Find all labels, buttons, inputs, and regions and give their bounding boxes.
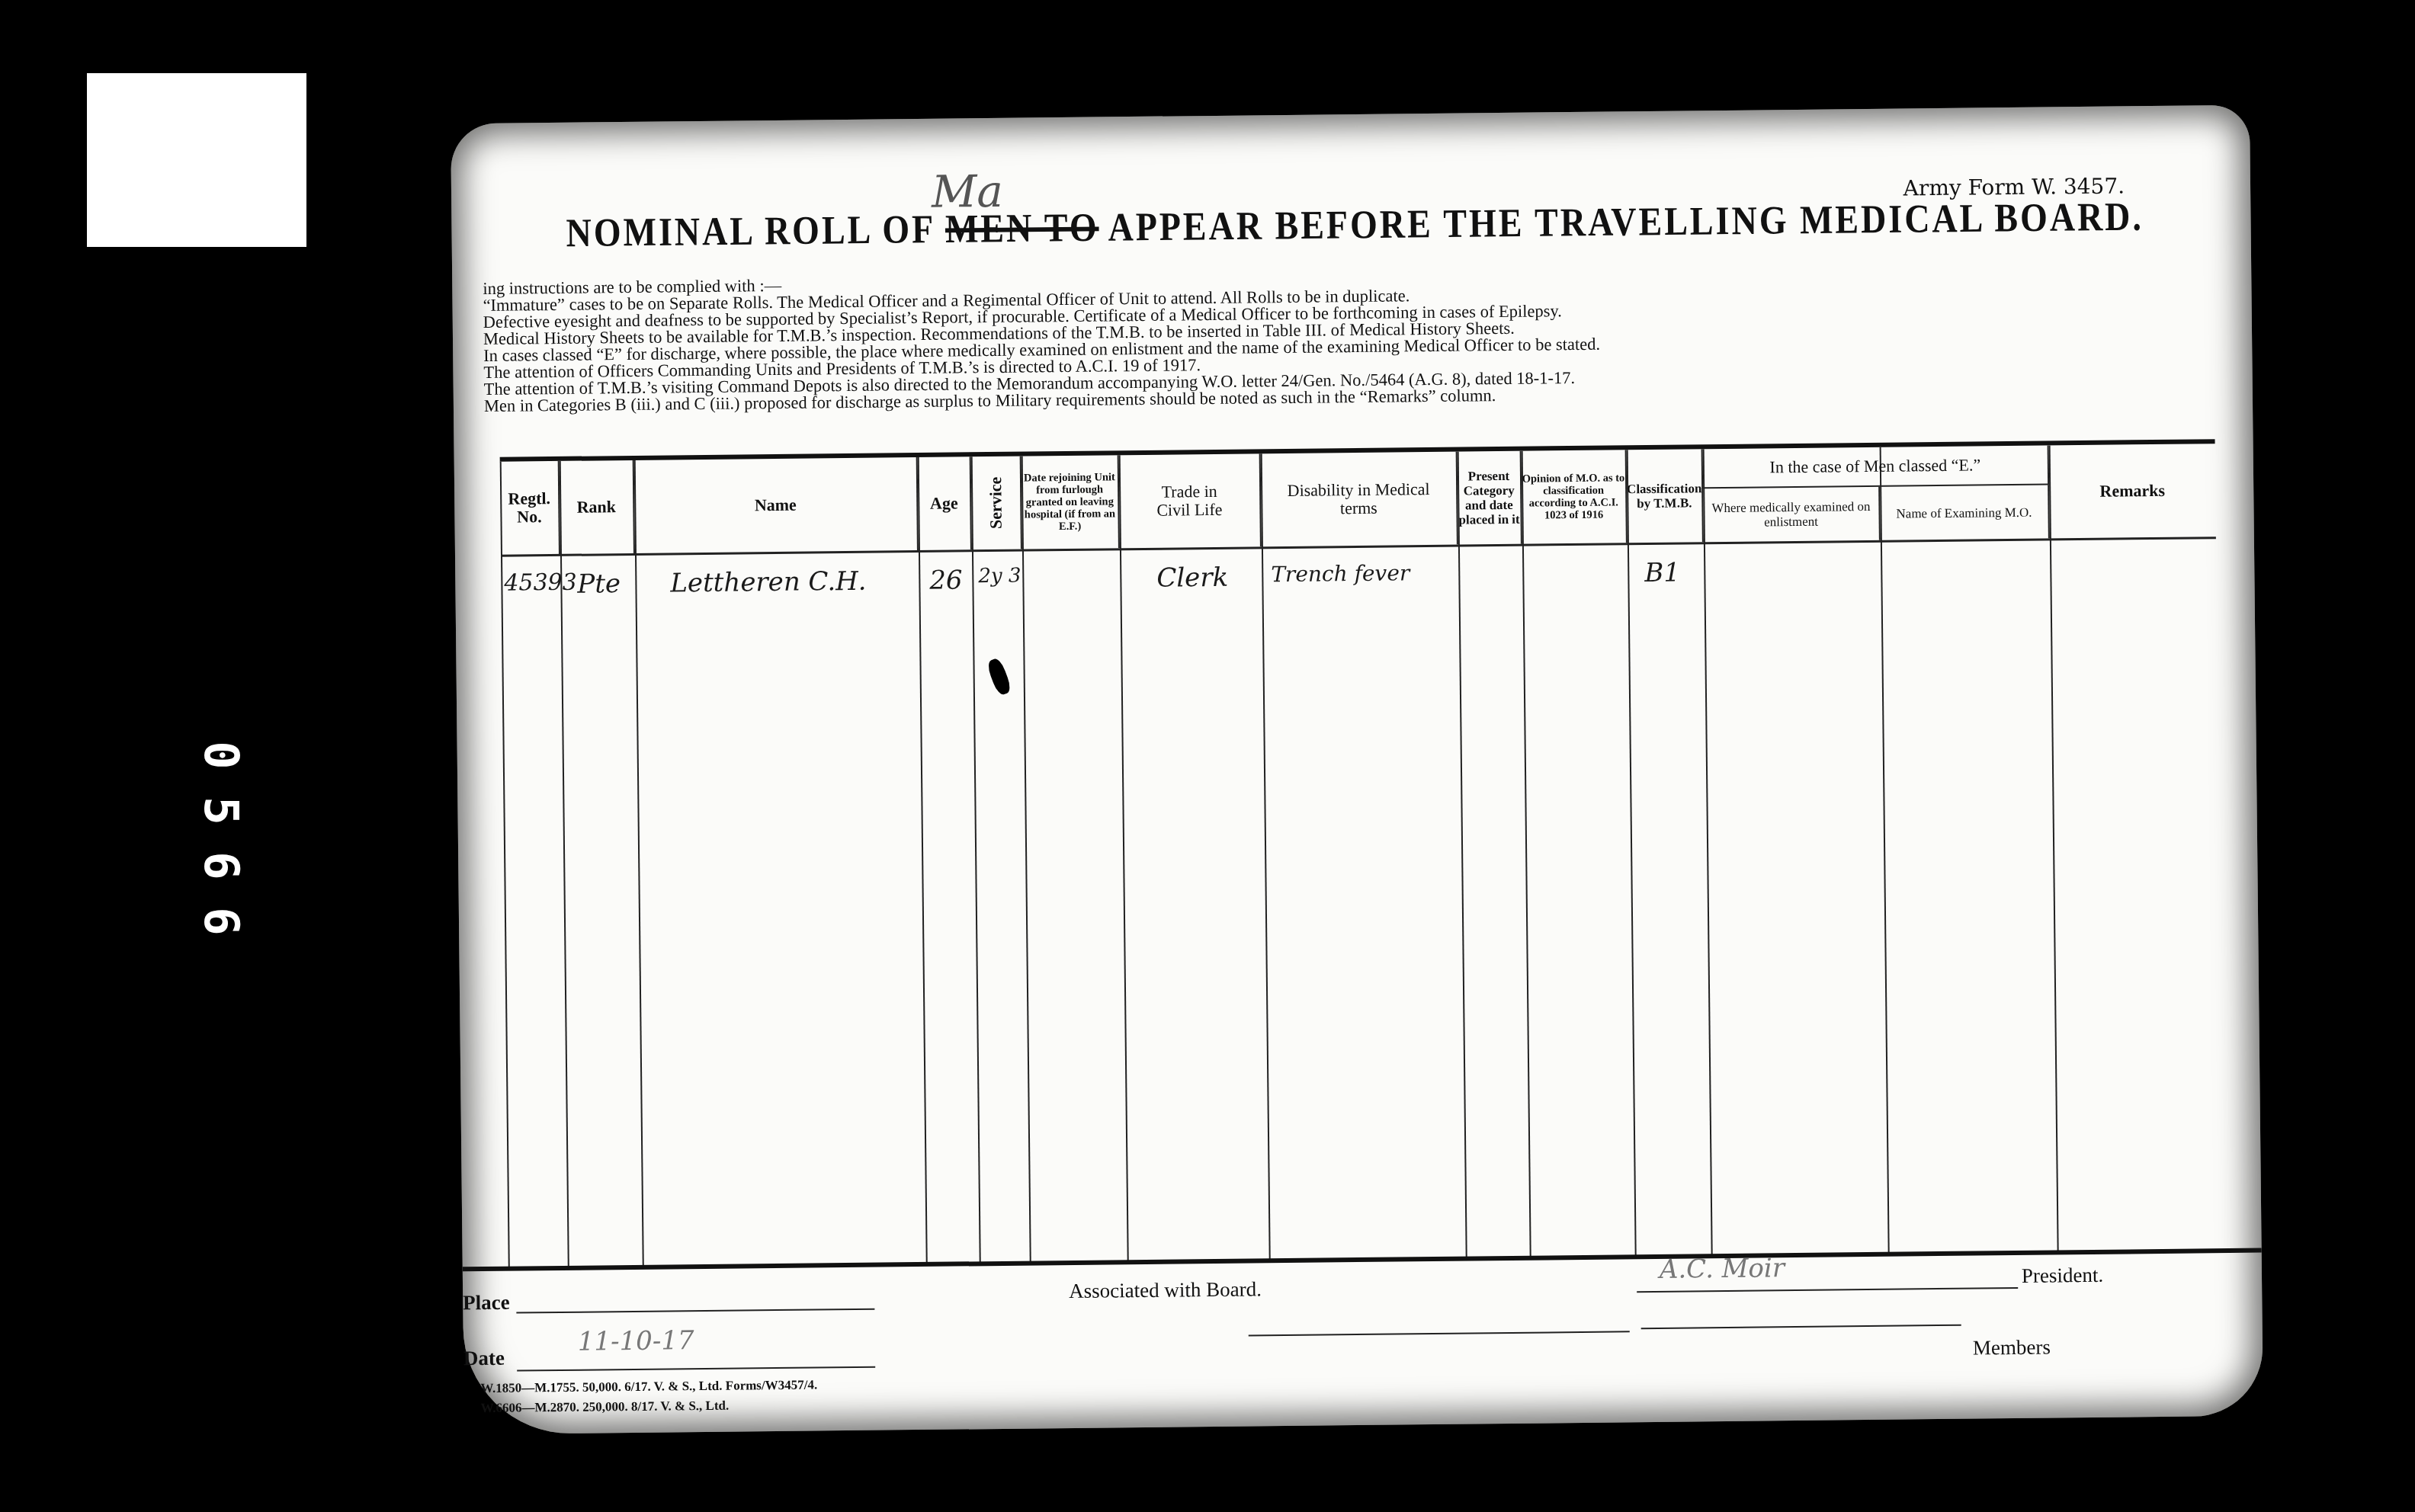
cell-rank: Pte (577, 569, 621, 600)
instructions: ing instructions are to be complied with… (483, 269, 1601, 415)
frame-digit: 0 (197, 741, 245, 769)
col-header-date-rejoining: Date rejoining Unit from furlough grante… (1021, 455, 1120, 549)
cell-regtl-no: 45393 (504, 569, 577, 597)
col-header-disability: Disability in Medical terms (1261, 452, 1458, 547)
cell-classification-tmb: B1 (1644, 558, 1680, 588)
struck-text: MEN TO (945, 205, 1099, 251)
col-header-classification-tmb: Classification by T.M.B. (1627, 449, 1704, 543)
blank-label-card (87, 73, 306, 247)
cell-service: 2y 3 (978, 565, 1021, 588)
col-header-name: Name (634, 457, 919, 553)
frame-digit: 6 (197, 852, 245, 880)
date-value: 11-10-17 (578, 1325, 694, 1357)
date-label: Date (463, 1347, 505, 1371)
form-document: Army Form W. 3457. Ma NOMINAL ROLL OF ME… (451, 105, 2263, 1435)
place-label: Place (463, 1291, 510, 1315)
col-header-service: Service (971, 456, 1022, 550)
frame-digit: 5 (197, 796, 245, 825)
date-line (517, 1366, 875, 1372)
col-group-header-class-e: In the case of Men classed “E.” (1703, 445, 2050, 489)
president-label: President. (2022, 1264, 2104, 1288)
frame-number: 0 5 6 6 (187, 732, 255, 945)
print-code: W.6606—M.2870. 250,000. 8/17. V. & S., L… (481, 1398, 730, 1416)
members-label: Members (1973, 1336, 2051, 1360)
col-header-remarks: Remarks (2049, 444, 2216, 538)
page-title: NOMINAL ROLL OF MEN TO APPEAR BEFORE THE… (566, 193, 2144, 256)
president-signature: A.C. Moir (1660, 1253, 1785, 1285)
cell-age: 26 (929, 565, 963, 595)
place-line (516, 1309, 874, 1314)
col-header-opinion-mo: Opinion of M.O. as to classification acc… (1522, 450, 1628, 543)
cell-trade: Clerk (1156, 562, 1228, 594)
col-header-where-examined: Where medically examined on enlistment (1703, 487, 1881, 542)
col-header-rank: Rank (560, 460, 635, 554)
col-header-examining-mo: Name of Examining M.O. (1880, 485, 2050, 540)
frame-digit: 6 (197, 907, 245, 935)
associated-label: Associated with Board. (1069, 1277, 1262, 1303)
col-header-trade: Trade in Civil Life (1119, 453, 1262, 548)
cell-name: Lettheren C.H. (670, 566, 867, 599)
nominal-roll-table: Regtl. No. Rank Name Age Service Date re… (500, 439, 2224, 1270)
col-header-regtl-no: Regtl. No. (500, 461, 560, 555)
president-line (1637, 1287, 2018, 1293)
cell-disability: Trench fever (1271, 560, 1410, 587)
print-code: W.1850—M.1755. 50,000. 6/17. V. & S., Lt… (480, 1377, 817, 1396)
col-header-age: Age (918, 456, 972, 550)
col-header-present-category: Present Category and date placed in it (1458, 451, 1522, 545)
member-line (1249, 1331, 1630, 1336)
member-line (1641, 1325, 1961, 1329)
